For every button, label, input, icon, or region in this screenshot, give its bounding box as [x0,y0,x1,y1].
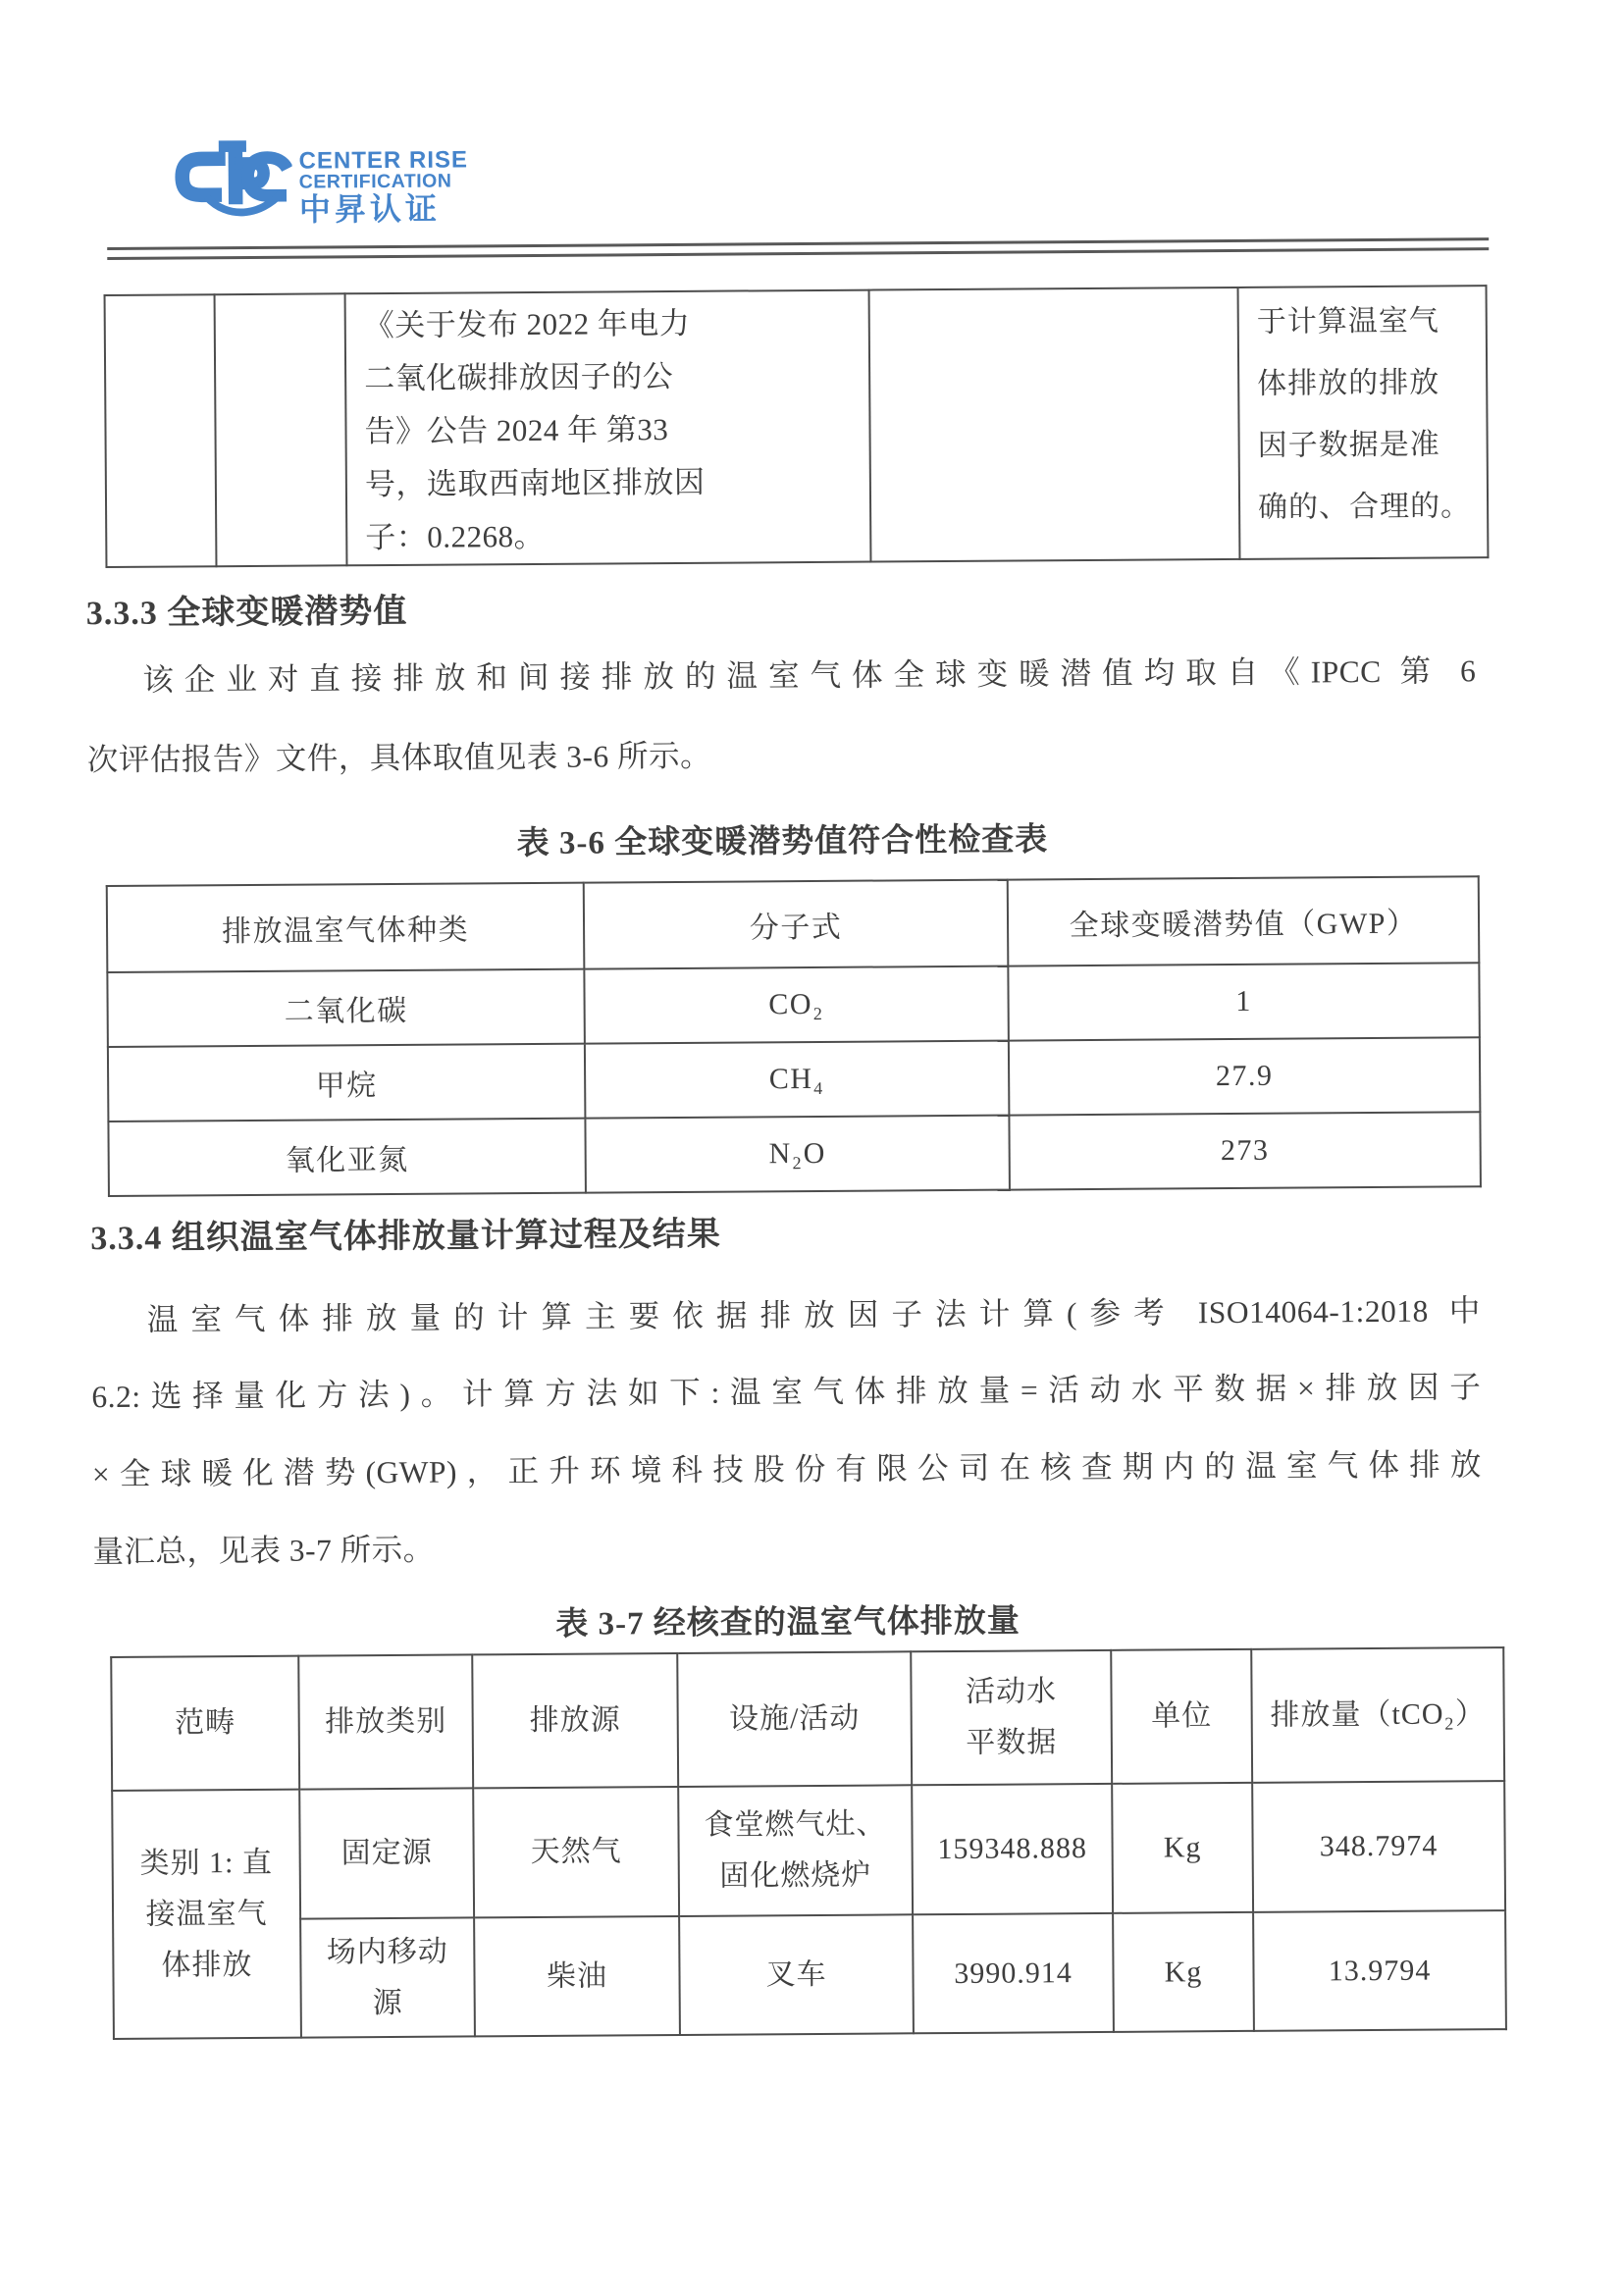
paragraph-line: 次评估报告》文件，具体取值见表 3-6 所示。 [87,726,1477,780]
table-3-7-grid: 范畴 排放类别 排放源 设施/活动 活动水 平数据 单位 排放量（tCO₂） 类… [110,1646,1507,2040]
logo-text-en-2: CERTIFICATION [299,171,468,191]
table-cell-empty [869,287,1240,562]
table-header-row: 排放温室气体种类 分子式 全球变暖潜势值（GWP） [107,876,1480,972]
table-cell-conclusion-text: 于计算温室气 体排放的排放 因子数据是准 确的、合理的。 [1238,286,1489,559]
table-3-6-title: 表 3-6 全球变暖潜势值符合性检查表 [87,810,1477,866]
scanned-content: CENTER RISE CERTIFICATION 中昇认证 《关于发布 202… [0,0,1623,2296]
cell-activity-data: 159348.888 [912,1784,1113,1914]
column-header-scope: 范畴 [111,1656,299,1791]
logo-text-en-1: CENTER RISE [299,149,469,172]
column-header-emission-category: 排放类别 [298,1654,473,1789]
cell-gas: 甲烷 [108,1044,586,1122]
column-header-facility: 设施/活动 [677,1651,912,1787]
document-page: CENTER RISE CERTIFICATION 中昇认证 《关于发布 202… [0,0,1623,2296]
table-row: 类别 1: 直 接温室气 体排放 固定源 天然气 食堂燃气灶、 固化燃烧炉 15… [112,1781,1505,1920]
cell-gas: 氧化亚氮 [108,1119,586,1196]
column-header-activity-data: 活动水 平数据 [911,1650,1112,1785]
logo: CENTER RISE CERTIFICATION 中昇认证 [166,135,468,228]
table-3-7: 范畴 排放类别 排放源 设施/活动 活动水 平数据 单位 排放量（tCO₂） 类… [110,1646,1505,2038]
paragraph-line: 该企业对直接排放和间接排放的温室气体全球变暖潜值均取自《IPCC 第 6 [86,647,1476,701]
paragraph-line: 温室气体排放量的计算主要依据排放因子法计算(参考 ISO14064-1:2018… [91,1286,1481,1340]
header-divider [107,237,1489,260]
table-3-7-title: 表 3-7 经核查的温室气体排放量 [93,1592,1483,1647]
section-3-3-4-heading: 3.3.4 组织温室气体排放量计算过程及结果 [90,1207,721,1259]
cell-unit: Kg [1113,1912,1254,2032]
table-row: 甲烷 CH₄ 27.9 [108,1037,1480,1122]
cell-facility: 叉车 [679,1914,914,2035]
cell-gas: 二氧化碳 [107,969,585,1047]
table-cell-empty [215,293,347,566]
table-header-row: 范畴 排放类别 排放源 设施/活动 活动水 平数据 单位 排放量（tCO₂） [111,1647,1504,1791]
column-header-unit: 单位 [1111,1649,1252,1784]
table-3-6-grid: 排放温室气体种类 分子式 全球变暖潜势值（GWP） 二氧化碳 CO₂ 1 甲烷 … [106,875,1482,1197]
cell-source: 柴油 [474,1916,680,2036]
continuation-table: 《关于发布 2022 年电力 二氧化碳排放因子的公 告》公告 2024 年 第3… [104,285,1488,559]
continuation-table-grid: 《关于发布 2022 年电力 二氧化碳排放因子的公 告》公告 2024 年 第3… [104,285,1490,568]
cell-unit: Kg [1112,1783,1253,1913]
cell-emission: 348.7974 [1252,1781,1505,1912]
cell-facility: 食堂燃气灶、 固化燃烧炉 [678,1785,913,1916]
cell-category: 固定源 [299,1788,474,1918]
table-3-6: 排放温室气体种类 分子式 全球变暖潜势值（GWP） 二氧化碳 CO₂ 1 甲烷 … [106,875,1480,1195]
table-row: 场内移动 源 柴油 叉车 3990.914 Kg 13.9794 [113,1910,1506,2039]
column-header-gas-type: 排放温室气体种类 [107,883,585,972]
table-row: 《关于发布 2022 年电力 二氧化碳排放因子的公 告》公告 2024 年 第3… [105,286,1489,567]
logo-text-cn: 中昇认证 [299,190,469,227]
cell-source: 天然气 [473,1787,679,1917]
cell-formula: N₂O [585,1116,1010,1193]
table-cell-empty [105,294,217,567]
cell-emission: 13.9794 [1253,1910,1506,2031]
table-cell-evidence-text: 《关于发布 2022 年电力 二氧化碳排放因子的公 告》公告 2024 年 第3… [345,290,871,566]
cell-gwp: 273 [1009,1112,1481,1189]
cell-activity-data: 3990.914 [913,1913,1114,2033]
paragraph-line: 量汇总，见表 3-7 所示。 [92,1518,1482,1572]
cell-gwp: 27.9 [1009,1037,1481,1115]
column-header-gwp: 全球变暖潜势值（GWP） [1008,876,1480,965]
paragraph-line: ×全球暖化潜势(GWP)，正升环境科技股份有限公司在核查期内的温室气体排放 [92,1440,1482,1494]
cell-gwp: 1 [1008,963,1480,1040]
column-header-emission-source: 排放源 [472,1653,678,1788]
cell-category: 场内移动 源 [300,1917,475,2037]
column-header-formula: 分子式 [584,880,1009,969]
table-row: 二氧化碳 CO₂ 1 [107,963,1479,1047]
cell-formula: CH₄ [585,1041,1010,1119]
section-3-3-3-heading: 3.3.3 全球变暖潜势值 [86,584,408,634]
table-row: 氧化亚氮 N₂O 273 [108,1112,1480,1196]
cell-scope: 类别 1: 直 接温室气 体排放 [112,1790,301,2039]
cell-formula: CO₂ [584,966,1009,1044]
logo-text: CENTER RISE CERTIFICATION 中昇认证 [298,135,468,227]
column-header-emission-amount: 排放量（tCO₂） [1251,1647,1504,1783]
paragraph-line: 6.2:选择量化方法)。计算方法如下:温室气体排放量=活动水平数据×排放因子 [91,1363,1481,1417]
crc-logo-icon [166,137,292,221]
